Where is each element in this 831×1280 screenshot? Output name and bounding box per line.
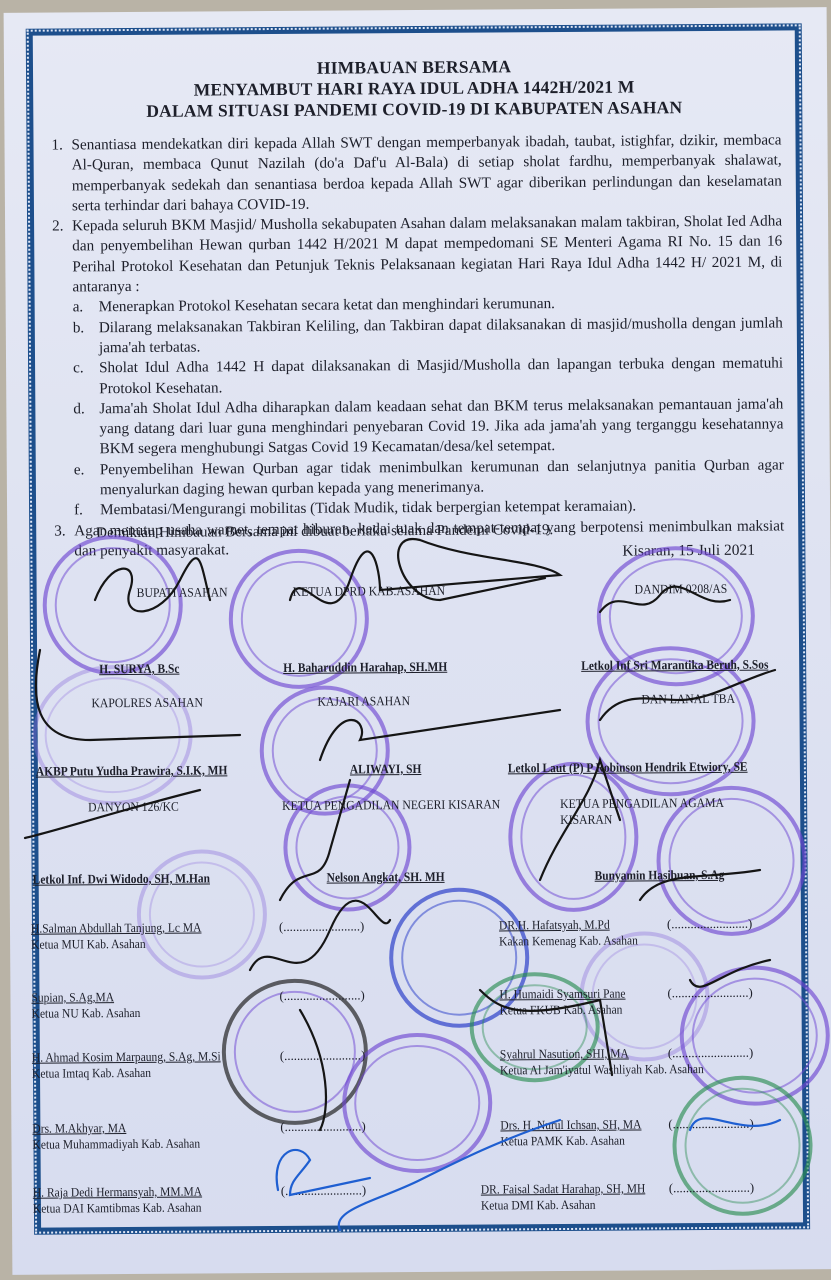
signature-line-muhammadiyah: (........................): [280, 1119, 365, 1135]
stamp-kepala: [32, 665, 193, 806]
leader-role-muhammadiyah: Ketua Muhammadiyah Kab. Asahan: [32, 1137, 200, 1153]
office-pengadilan-agama: KETUA PENGADILAN AGAMA KISARAN: [560, 795, 776, 829]
leader-name-washliyah: Syahrul Nasution, SHI, MA: [500, 1047, 629, 1063]
official-pengadilan-negeri: Nelson Angkat, SH. MH: [327, 869, 445, 886]
leader-role-nu: Ketua NU Kab. Asahan: [32, 1006, 141, 1022]
signature-line-mui: (........................): [279, 919, 364, 935]
document-paper: HIMBAUAN BERSAMA MENYAMBUT HARI RAYA IDU…: [4, 7, 831, 1275]
signature-line-dmi: (........................): [669, 1181, 754, 1197]
leader-role-fkub: Ketua FKUB Kab. Asahan: [500, 1003, 623, 1019]
subpoint-e: e.Penyembelihan Hewan Qurban agar tidak …: [74, 455, 784, 501]
signature-line-kemenag: (........................): [667, 917, 752, 933]
leader-name-kemenag: DR.H. Hafatsyah, M.Pd: [499, 918, 610, 934]
official-pengadilan-agama: Bunyamin Hasibuan, S.Ag: [595, 867, 725, 884]
leader-role-dai-kamtibmas: Ketua DAI Kamtibmas Kab. Asahan: [33, 1201, 202, 1217]
official-kajari: ALIWAYI, SH: [350, 761, 422, 777]
signature-line-washliyah: (........................): [668, 1046, 753, 1062]
office-danlanal: DAN LANAL TBA: [641, 691, 735, 708]
leader-name-mui: H.Salman Abdullah Tanjung, Lc MA: [31, 921, 202, 937]
office-dprd: KETUA DPRD KAB.ASAHAN: [293, 583, 446, 600]
leader-role-dmi: Ketua DMI Kab. Asahan: [481, 1198, 596, 1214]
office-kajari: KAJARI ASAHAN: [317, 693, 410, 710]
leader-role-washliyah: Ketua Al Jam'iyatul Washliyah Kab. Asaha…: [500, 1062, 704, 1078]
closing-statement: Demikian Himbauan Bersama ini dibuat ber…: [96, 522, 553, 542]
document-title: HIMBAUAN BERSAMA MENYAMBUT HARI RAYA IDU…: [33, 54, 795, 122]
leader-role-kemenag: Kakan Kemenag Kab. Asahan: [499, 933, 638, 949]
official-bupati: H. SURYA, B.Sc: [99, 661, 179, 678]
official-dprd: H. Baharuddin Harahap, SH.MH: [283, 659, 447, 676]
official-kapolres: AKBP Putu Yudha Prawira, S.I.K, MH: [36, 762, 228, 779]
office-dandim: DANDIM 0208/AS: [635, 581, 728, 598]
decorative-border: HIMBAUAN BERSAMA MENYAMBUT HARI RAYA IDU…: [26, 23, 810, 1234]
leader-name-fkub: H. Humaidi Syamsuri Pane: [499, 987, 625, 1003]
leader-role-mui: Ketua MUI Kab. Asahan: [31, 937, 146, 953]
official-dandim: Letkol Inf Sri Marantika Beruh, S.Sos: [581, 657, 768, 674]
point-2: 2. Kepada seluruh BKM Masjid/ Musholla s…: [52, 212, 783, 298]
leader-role-imtaq: Ketua Imtaq Kab. Asahan: [32, 1066, 151, 1082]
leader-name-imtaq: H. Ahmad Kosim Marpaung, S.Ag, M.Si: [32, 1049, 221, 1065]
leader-name-muhammadiyah: Drs. M.Akhyar, MA: [32, 1121, 126, 1137]
stamp-bupati: [42, 535, 183, 676]
appeal-body: 1. Senantiasa mendekatkan diri kepada Al…: [51, 130, 784, 561]
leader-name-nu: Supian, S.Ag,MA: [31, 990, 114, 1006]
leader-role-pamk: Ketua PAMK Kab. Asahan: [500, 1134, 624, 1150]
leader-name-dmi: DR. Faisal Sadat Harahap, SH, MH: [481, 1181, 646, 1197]
signature-line-imtaq: (........................): [280, 1048, 365, 1064]
signature-line-nu: (........................): [279, 988, 364, 1004]
stamp-mui: [136, 849, 267, 980]
subpoint-c: c.Sholat Idul Adha 1442 H dapat dilaksan…: [73, 354, 783, 400]
subpoint-d: d.Jama'ah Sholat Idul Adha diharapkan da…: [73, 394, 783, 460]
official-danyon: Letkol Inf. Dwi Widodo, SH, M.Han: [33, 870, 210, 887]
office-pengadilan-negeri: KETUA PENGADILAN NEGERI KISARAN: [282, 796, 500, 814]
office-kapolres: KAPOLRES ASAHAN: [91, 695, 203, 712]
signature-line-dai-kamtibmas: (........................): [281, 1183, 366, 1199]
leader-name-dai-kamtibmas: H. Raja Dedi Hermansyah, MM.MA: [33, 1185, 202, 1201]
title-line-3: DALAM SITUASI PANDEMI COVID-19 DI KABUPA…: [33, 96, 795, 122]
leader-name-pamk: Drs. H. Nurul Ichsan, SH, MA: [500, 1117, 641, 1133]
signature-line-fkub: (........................): [667, 986, 752, 1002]
point-1: 1. Senantiasa mendekatkan diri kepada Al…: [51, 130, 782, 216]
official-danlanal: Letkol Laut (P) P Robinson Hendrik Etwio…: [508, 759, 748, 777]
signature-line-pamk: (........................): [668, 1117, 753, 1133]
subpoint-b: b.Dilarang melaksanakan Takbiran Kelilin…: [73, 313, 783, 359]
office-danyon: DANYON 126/KC: [88, 799, 179, 816]
office-bupati: BUPATI ASAHAN: [137, 584, 228, 601]
stamp-pengadilan-agama: [508, 761, 639, 912]
